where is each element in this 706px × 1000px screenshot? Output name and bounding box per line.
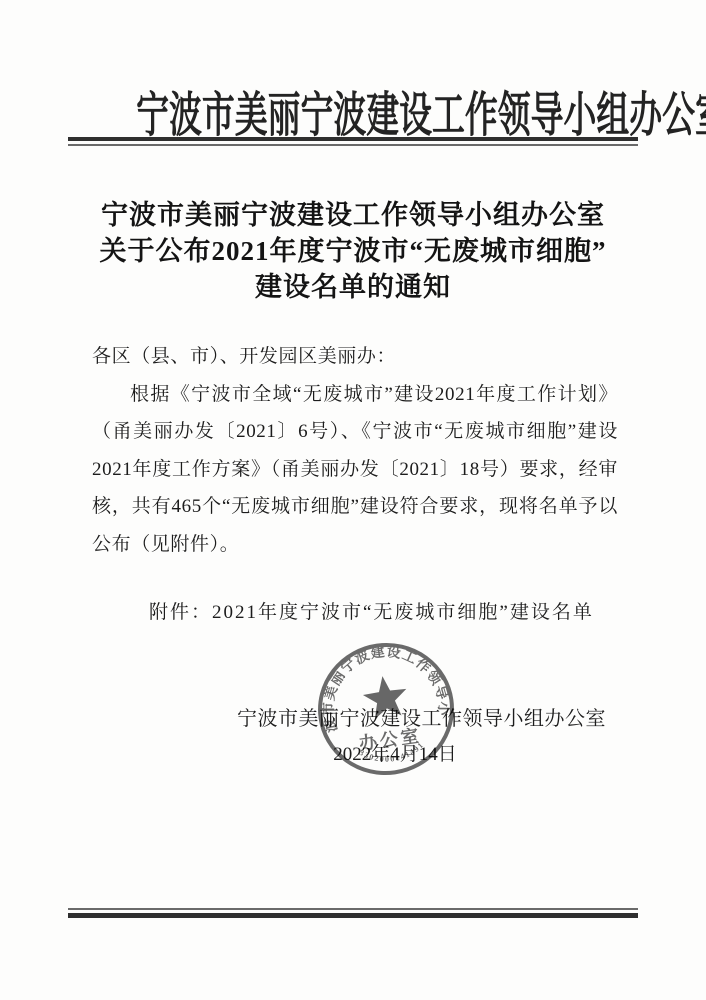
- footer-rule-thin: [68, 908, 638, 910]
- document-page: 宁波市美丽宁波建设工作领导小组办公室 宁波市美丽宁波建设工作领导小组办公室 关于…: [0, 0, 706, 1000]
- document-title: 宁波市美丽宁波建设工作领导小组办公室 关于公布2021年度宁波市“无废城市细胞”…: [0, 197, 706, 305]
- body-text: 各区（县、市）、开发园区美丽办： 根据《宁波市全域“无废城市”建设2021年度工…: [92, 338, 618, 563]
- main-paragraph: 根据《宁波市全域“无废城市”建设2021年度工作计划》（甬美丽办发〔2021〕6…: [92, 376, 618, 564]
- attachment-line: 附件：2021年度宁波市“无废城市细胞”建设名单: [149, 597, 594, 624]
- official-seal: 宁波市美丽宁波建设工作领导小组 办公室 3302000141491: [315, 641, 461, 781]
- title-line-1: 宁波市美丽宁波建设工作领导小组办公室: [0, 197, 706, 233]
- footer-rule-thick: [68, 913, 638, 918]
- header-rule-thick: [68, 137, 638, 141]
- masthead: 宁波市美丽宁波建设工作领导小组办公室: [0, 76, 706, 145]
- salutation: 各区（县、市）、开发园区美丽办：: [92, 338, 618, 376]
- title-line-2: 关于公布2021年度宁波市“无废城市细胞”: [0, 233, 706, 269]
- header-rule-thin: [68, 144, 638, 146]
- masthead-title: 宁波市美丽宁波建设工作领导小组办公室: [136, 76, 706, 145]
- title-line-3: 建设名单的通知: [0, 269, 706, 305]
- star-icon: [361, 673, 410, 720]
